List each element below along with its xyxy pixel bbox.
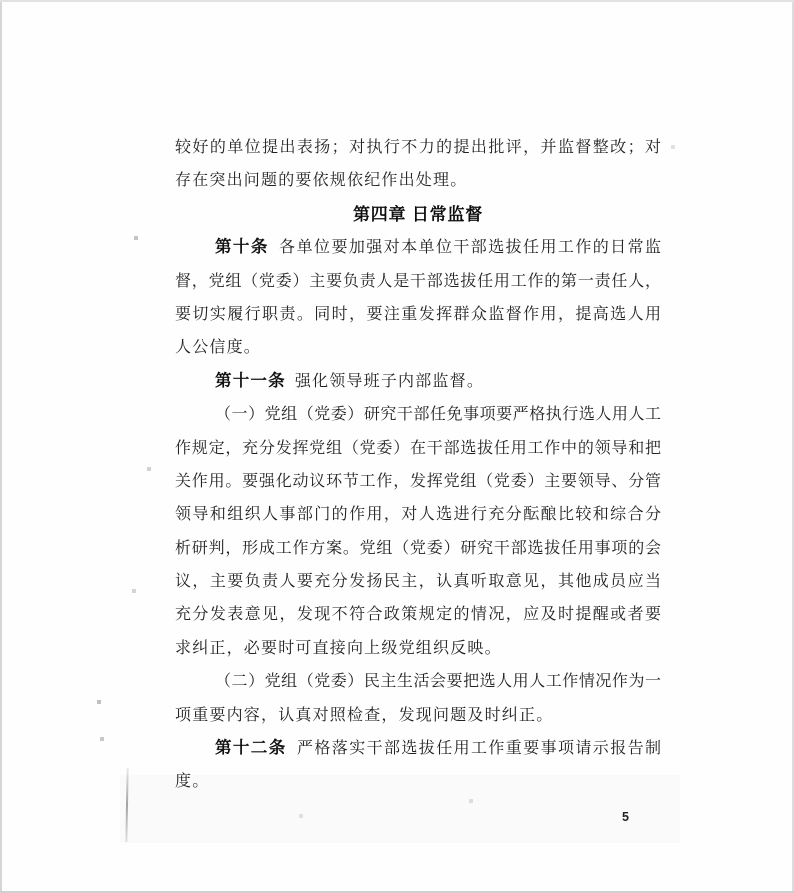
- text-line: 议，主要负责人要充分发扬民主，认真听取意见，其他成员应当: [175, 565, 661, 598]
- line-text: 析研判，形成工作方案。党组（党委）研究干部选拔任用事项的会: [175, 540, 661, 557]
- line-text: 度。: [175, 773, 209, 790]
- text-line: 人公信度。: [175, 331, 661, 364]
- text-line: 充分发表意见，发现不符合政策规定的情况，应及时提醒或者要: [175, 598, 661, 631]
- line-text: 强化领导班子内部监督。: [295, 373, 484, 390]
- line-text: 存在突出问题的要依规依纪作出处理。: [175, 172, 467, 189]
- scan-edge-left: [0, 0, 2, 893]
- line-text: 各单位要加强对本单位干部选拔任用工作的日常监: [278, 239, 661, 256]
- scan-edge-top: [0, 0, 794, 2]
- page-number: 5: [622, 810, 629, 824]
- line-text: （二）党组（党委）民主生活会要把选人用人工作情况作为一: [215, 673, 661, 690]
- article-number-label: 第十二条: [215, 739, 287, 757]
- line-text: 求纠正，必要时可直接向上级党组织反映。: [175, 640, 502, 657]
- text-line: 第四章 日常监督: [175, 198, 661, 231]
- line-text: 督，党组（党委）主要负责人是干部选拔任用工作的第一责任人，: [175, 273, 661, 290]
- line-text: 充分发表意见，发现不符合政策规定的情况，应及时提醒或者要: [175, 606, 661, 623]
- text-line: 求纠正，必要时可直接向上级党组织反映。: [175, 632, 661, 665]
- line-text: （一）党组（党委）研究干部任免事项要严格执行选人用人工: [215, 406, 661, 423]
- line-text: 作规定，充分发挥党组（党委）在干部选拔任用工作中的领导和把: [175, 440, 661, 457]
- document-text-block: 较好的单位提出表扬；对执行不力的提出批评，并监督整改；对存在突出问题的要依规依纪…: [175, 131, 661, 799]
- article-number-label: 第十一条: [215, 372, 286, 390]
- line-text: 议，主要负责人要充分发扬民主，认真听取意见，其他成员应当: [175, 573, 661, 590]
- line-text: 第四章 日常监督: [353, 205, 483, 224]
- text-line: 领导和组织人事部门的作用，对人选进行充分酝酿比较和综合分: [175, 498, 661, 531]
- text-line: 较好的单位提出表扬；对执行不力的提出批评，并监督整改；对: [175, 131, 661, 164]
- text-line: 要切实履行职责。同时，要注重发挥群众监督作用，提高选人用: [175, 298, 661, 331]
- text-line: （二）党组（党委）民主生活会要把选人用人工作情况作为一: [175, 665, 661, 698]
- line-text: 严格落实干部选拔任用工作重要事项请示报告制: [296, 740, 661, 757]
- text-line: 度。: [175, 765, 661, 798]
- scan-speckles: [0, 0, 2, 2]
- line-text: 关作用。要强化动议环节工作，发挥党组（党委）主要领导、分管: [175, 473, 661, 490]
- line-text: 人公信度。: [175, 339, 261, 356]
- text-line: 作规定，充分发挥党组（党委）在干部选拔任用工作中的领导和把: [175, 432, 661, 465]
- text-line: 第十二条严格落实干部选拔任用工作重要事项请示报告制: [175, 732, 661, 765]
- text-line: 存在突出问题的要依规依纪作出处理。: [175, 164, 661, 197]
- text-line: 关作用。要强化动议环节工作，发挥党组（党委）主要领导、分管: [175, 465, 661, 498]
- text-line: 析研判，形成工作方案。党组（党委）研究干部选拔任用事项的会: [175, 532, 661, 565]
- line-text: 较好的单位提出表扬；对执行不力的提出批评，并监督整改；对: [175, 139, 661, 156]
- line-text: 领导和组织人事部门的作用，对人选进行充分酝酿比较和综合分: [175, 506, 661, 523]
- line-text: 要切实履行职责。同时，要注重发挥群众监督作用，提高选人用: [175, 306, 661, 323]
- line-text: 项重要内容，认真对照检查，发现问题及时纠正。: [175, 707, 553, 724]
- text-line: （一）党组（党委）研究干部任免事项要严格执行选人用人工: [175, 398, 661, 431]
- article-number-label: 第十条: [215, 238, 269, 256]
- text-line: 项重要内容，认真对照检查，发现问题及时纠正。: [175, 699, 661, 732]
- scanned-document-page: 较好的单位提出表扬；对执行不力的提出批评，并监督整改；对存在突出问题的要依规依纪…: [0, 0, 794, 893]
- text-line: 督，党组（党委）主要负责人是干部选拔任用工作的第一责任人，: [175, 265, 661, 298]
- text-line: 第十一条强化领导班子内部监督。: [175, 365, 661, 398]
- text-line: 第十条各单位要加强对本单位干部选拔任用工作的日常监: [175, 231, 661, 264]
